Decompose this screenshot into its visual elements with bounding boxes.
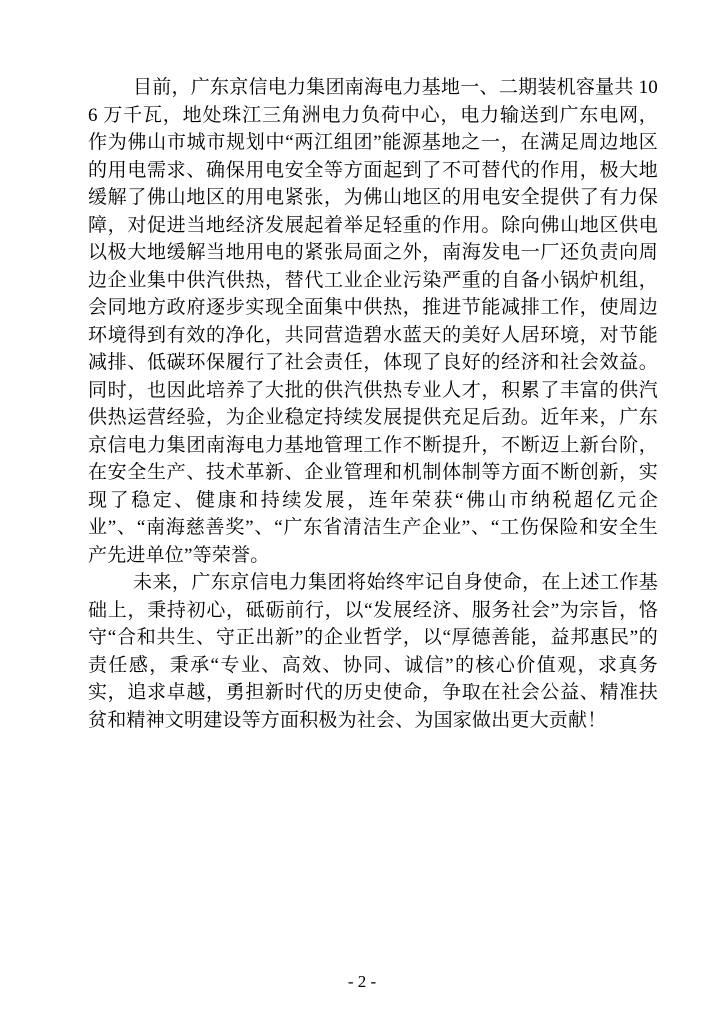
document-page: 目前，广东京信电力集团南海电力基地一、二期装机容量共 106 万千瓦，地处珠江三…: [0, 0, 724, 1024]
page-number: - 2 -: [348, 972, 376, 991]
document-body: 目前，广东京信电力集团南海电力基地一、二期装机容量共 106 万千瓦，地处珠江三…: [88, 74, 658, 734]
page-footer: - 2 -: [0, 971, 724, 993]
paragraph-future-outlook: 未来，广东京信电力集团将始终牢记自身使命，在上述工作基础上，秉持初心，砥砺前行，…: [88, 569, 658, 734]
paragraph-current-status: 目前，广东京信电力集团南海电力基地一、二期装机容量共 106 万千瓦，地处珠江三…: [88, 74, 658, 569]
